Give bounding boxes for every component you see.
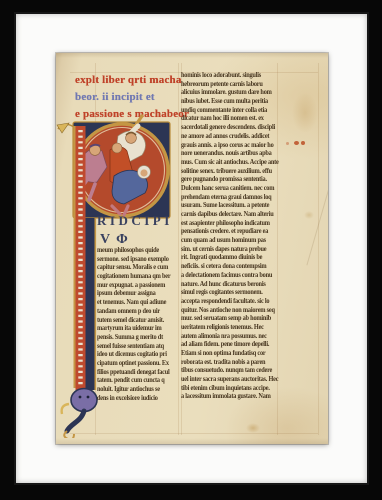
manuscript-text-line: dens in excelsiore iudicio [97,394,182,403]
manuscript-text-line: hominis loco adorabunt. singulis [181,71,282,80]
manuscript-text-line: ad aliam fidem. pene timore depelli. [181,340,282,349]
stem-tail-flourish [62,389,97,439]
display-capitals-line: RIDCIPI [97,213,173,229]
manuscript-text-line: alicuius immolare. gustum dare hom [181,88,282,97]
manuscript-text-line: autem alimonia nra possumus. nec [181,332,282,341]
margin-mark [301,141,305,145]
manuscript-text-line: ideo ut dicemus cogitatio pri [97,350,182,359]
manuscript-text-line: et tenemus. Nam qui adiune [97,298,182,307]
manuscript-text-line: mur expugnat. a passionem [97,281,182,290]
manuscript-text-line: roborata est. tradita nobis a paren [181,358,282,367]
manuscript-text-line: quitur. Nos antioche non maiorem seq [181,306,282,315]
manuscript-text-line: nibus iubet. Esse cum multa peritia [181,97,282,106]
manuscript-text-line: mus. Cum sic ait antiochus. Accipe ante [181,158,282,167]
manuscript-text-line: a lacessitum immolata gustare. Nam [181,392,282,401]
manuscript-text-line: cum quam ad usum hominum pas [181,236,282,245]
parchment-stain [292,93,318,133]
manuscript-page-photo: explt liber qrti macha beor. ii incipit … [56,53,328,444]
ruling-line [318,63,319,435]
manuscript-text-line: capitur sensu. Moralis e cum [97,263,182,272]
text-column-left: meum philosophos quidesermone. sed ipsan… [97,246,182,402]
manuscript-text-line: est asapienter philosopho indicatum [181,219,282,228]
manuscript-text-line: sim. ut cernis dapes natura prebue [181,245,282,254]
manuscript-text-line: nature. Ad hunc dicaturus beronis [181,280,282,289]
manuscript-text-line: ne amore ad annos crudelis. addicet [181,132,282,141]
manuscript-text-line: grauis annis. a ipso corus ac maior ho [181,141,282,150]
parchment-stain [304,211,314,219]
manuscript-text-line: mur. sed seruatam semp ab hominib [181,314,282,323]
manuscript-text-line: cogitationem humana qm ber [97,272,182,281]
manuscript-text-line: neficiis. si cetera dona contempsim [181,262,282,271]
rubric-line: explt liber qrti macha [75,72,187,89]
manuscript-text-line: pensationis credere. et repudiare ea [181,227,282,236]
manuscript-text-line: tibi etenim cibum inquietans accipe. [181,384,282,393]
manuscript-text-line: filios ppetuandi denegat facul [97,368,182,377]
manuscript-text-line: Etiam si non optima fundatisq cor [181,349,282,358]
manuscript-text-line: carnis dapibus delectare. Nam alteriu [181,210,282,219]
manuscript-text-line: hebreorum petente carnis laboru [181,80,282,89]
manuscript-text-line: sacerdotali genere descendens. discipli [181,123,282,132]
manuscript-text-line: accepta respondendi facultate. sic lo [181,297,282,306]
manuscript-text-line: usuram. Sume lacessitum. a petente [181,201,282,210]
manuscript-text-line: cipatum optinet passionu. Ex [97,359,182,368]
margin-mark [286,142,289,145]
manuscript-text-line: gere pugnando promissa sententia. [181,175,282,184]
framed-artwork: explt liber qrti macha beor. ii incipit … [0,0,382,500]
manuscript-text-line: Dulcem hanc serua canitiem. nec com [181,184,282,193]
manuscript-text-line: sermone. sed ipsano exemplo [97,255,182,264]
display-capitals: RIDCIPI VΦ [97,213,173,248]
manuscript-text-line: rit. Ingrati quodammo diuinis be [181,253,282,262]
manuscript-text-line: semel fuisse sententiam atq [97,342,182,351]
manuscript-text-line: dicatur nam hoc illi nomen est. ex [181,114,282,123]
manuscript-text-line: meum philosophos quide [97,246,182,255]
manuscript-text-line: ueritatem religionis tenemus. Hec [181,323,282,332]
manuscript-text-line: pensis. Summa g merito dt [97,333,182,342]
margin-mark [294,141,299,145]
manuscript-text-line: solitine senex. tribuere auxilium. effu [181,167,282,176]
manuscript-text-line: undiq commentante inter colla etia [181,106,282,115]
parchment-stain [246,423,260,433]
manuscript-text-line: prehendam eterna graui damnos loq [181,193,282,202]
manuscript-text-line: tibus consuetudo. nunqm tam cedere [181,366,282,375]
manuscript-text-line: tandam omnem p deo uir [97,307,182,316]
manuscript-text-line: noluit. Igitur antiochus se [97,385,182,394]
manuscript-text-line: ipsum debemur assigna [97,289,182,298]
manuscript-text-line: tutem semel dicatur amisit. [97,316,182,325]
manuscript-text-line: tatem. pendit cum cuncta q [97,376,182,385]
manuscript-text-line: uel inter sacra superans auctoritas. Hec [181,375,282,384]
rubric-line: beor. ii incipit et [75,89,187,106]
manuscript-text-line: simul regis cogitantes sermonem. [181,288,282,297]
manuscript-text-line: martyrum ita uidemur im [97,324,182,333]
text-column-right: hominis loco adorabunt. singulishebreoru… [181,71,282,401]
manuscript-text-line: a delectationem facimus contra bonu [181,271,282,280]
manuscript-text-line: nore uenerandus. nouis artibus apba [181,149,282,158]
